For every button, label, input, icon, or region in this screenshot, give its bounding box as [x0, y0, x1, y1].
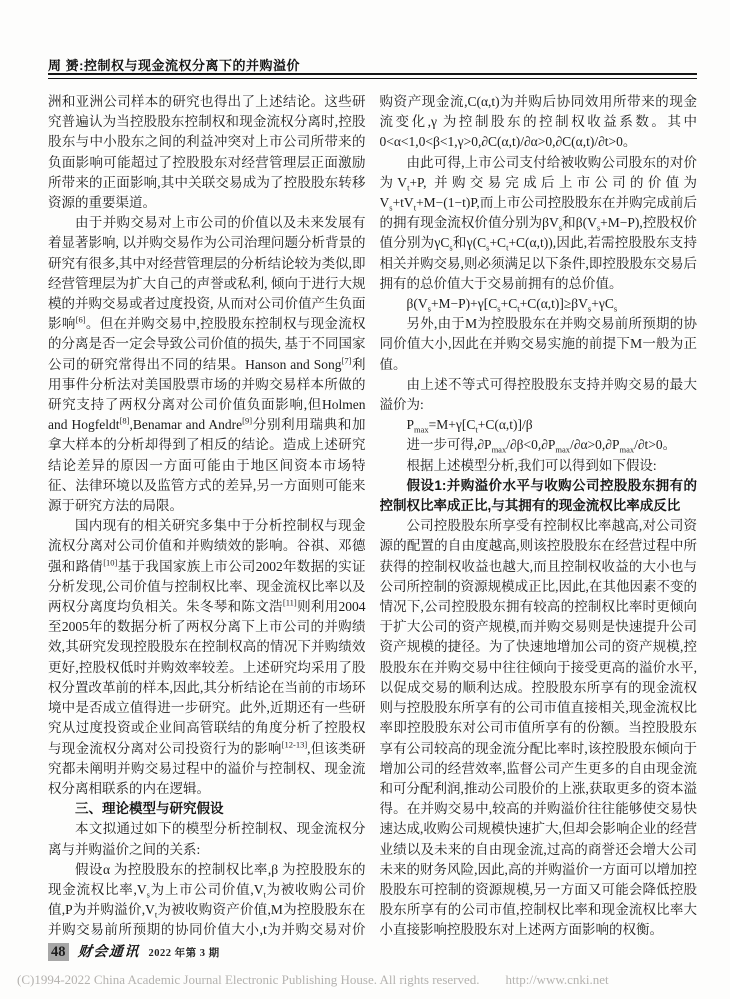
copyright-bar: (C)1994-2022 China Academic Journal Elec…	[17, 972, 720, 988]
paragraph: 由上述不等式可得控股股东支持并购交易的最大溢价为:	[380, 375, 698, 415]
paragraph: 另外,由于M为控股股东在并购交易前所预期的协同价值大小,因此在并购交易实施的前提…	[380, 314, 698, 375]
paragraph: 由此可得,上市公司支付给被收购公司股东的对价为Vt+P, 并购交易完成后上市公司…	[380, 153, 698, 294]
paragraph: 国内现有的相关研究多集中于分析控制权与现金流权分离对公司价值和并购绩效的影响。谷…	[48, 516, 366, 799]
page-footer: 48 财会通讯 2022 年第 3 期	[48, 941, 220, 961]
paragraph: 购资产现金流,C(α,t)为并购后协同效用所带来的现金流变化,γ 为控制股东的控…	[380, 92, 698, 153]
paragraph: 进一步可得,∂Pmax/∂β<0,∂Pmax/∂α>0,∂Pmax/∂t>0。	[380, 435, 698, 455]
page-number: 48	[48, 943, 69, 961]
paragraph: 根据上述模型分析,我们可以得到如下假设:	[380, 456, 698, 476]
paragraph: 假设α 为控股股东的控制权比率,β 为控股股东的现金流权比率,Vs为上市公司价值…	[48, 860, 366, 939]
scanned-paper-page: 周 赟:控制权与现金流权分离下的并购溢价 洲和亚洲公司样本的研究也得出了上述结论…	[0, 0, 730, 999]
section-heading: 三、理论模型与研究假设	[48, 799, 366, 819]
copyright-text: (C)1994-2022 China Academic Journal Elec…	[17, 972, 480, 988]
cnki-url: http://www.cnki.net	[506, 972, 609, 988]
journal-name: 财会通讯	[77, 941, 140, 961]
running-header-title: 周 赟:控制权与现金流权分离下的并购溢价	[48, 55, 697, 74]
right-column: 购资产现金流,C(α,t)为并购后协同效用所带来的现金流变化,γ 为控制股东的控…	[380, 92, 698, 939]
paragraph: 洲和亚洲公司样本的研究也得出了上述结论。这些研究普遍认为当控股股东控制权和现金流…	[48, 92, 366, 213]
left-column: 洲和亚洲公司样本的研究也得出了上述结论。这些研究普遍认为当控股股东控制权和现金流…	[48, 92, 366, 939]
paragraph: 由于并购交易对上市公司的价值以及未来发展有着显著影响, 以并购交易作为公司治理问…	[48, 213, 366, 516]
header-rule	[48, 73, 697, 79]
formula-line: Pmax=M+γ[Ct+C(α,t)]/β	[380, 415, 698, 435]
hypothesis-heading: 假设1:并购溢价水平与收购公司控股股东拥有的控制权比率成正比,与其拥有的现金流权…	[380, 476, 698, 516]
journal-issue: 2022 年第 3 期	[149, 945, 220, 960]
two-column-body: 洲和亚洲公司样本的研究也得出了上述结论。这些研究普遍认为当控股股东控制权和现金流…	[48, 92, 697, 939]
formula-line: β(Vs+M−P)+γ[Cs+Ct+C(α,t)]≥βVs+γCs	[380, 294, 698, 314]
paragraph: 公司控股股东所享受有控制权比率越高,对公司资源的配置的自由度越高,则该控股股东在…	[380, 516, 698, 939]
paragraph: 本文拟通过如下的模型分析控制权、现金流权分离与并购溢价之间的关系:	[48, 819, 366, 859]
